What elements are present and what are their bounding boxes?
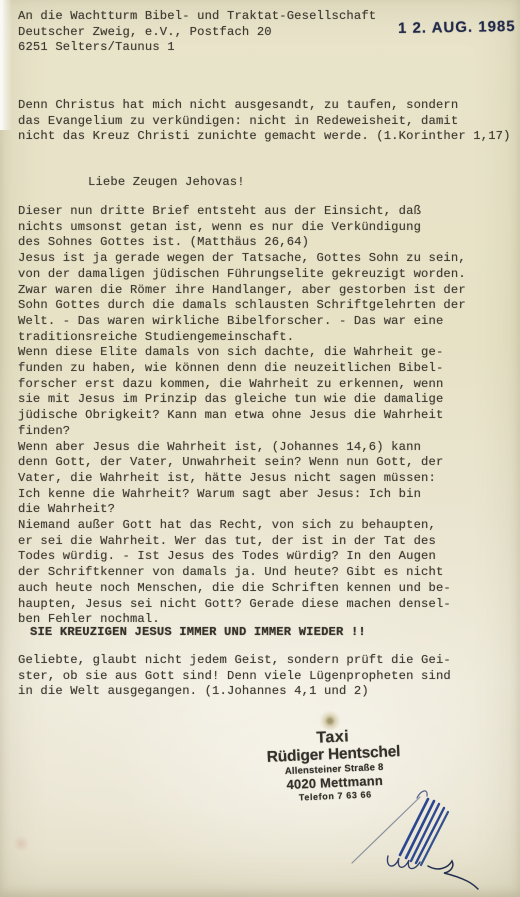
- paper-stain: [319, 710, 341, 730]
- emphasis-line: SIE KREUZIGEN JESUS IMMER UND IMMER WIED…: [30, 625, 366, 641]
- opening-scripture-quote: Denn Christus hat mich nicht ausgesandt,…: [18, 98, 511, 145]
- closing-scripture-quote: Geliebte, glaubt nicht jedem Geist, sond…: [18, 653, 451, 700]
- handwritten-signature: [340, 780, 490, 897]
- date-received-stamp: 1 2. AUG. 1985: [398, 18, 516, 37]
- letter-page: An die Wachtturm Bibel- und Traktat-Gese…: [0, 0, 520, 897]
- letter-body: Dieser nun dritte Brief entsteht aus der…: [18, 204, 466, 628]
- paper-stain: [12, 836, 30, 851]
- page-edge-highlight: [0, 0, 12, 130]
- salutation: Liebe Zeugen Jehovas!: [88, 175, 245, 191]
- recipient-address: An die Wachtturm Bibel- und Traktat-Gese…: [18, 9, 376, 56]
